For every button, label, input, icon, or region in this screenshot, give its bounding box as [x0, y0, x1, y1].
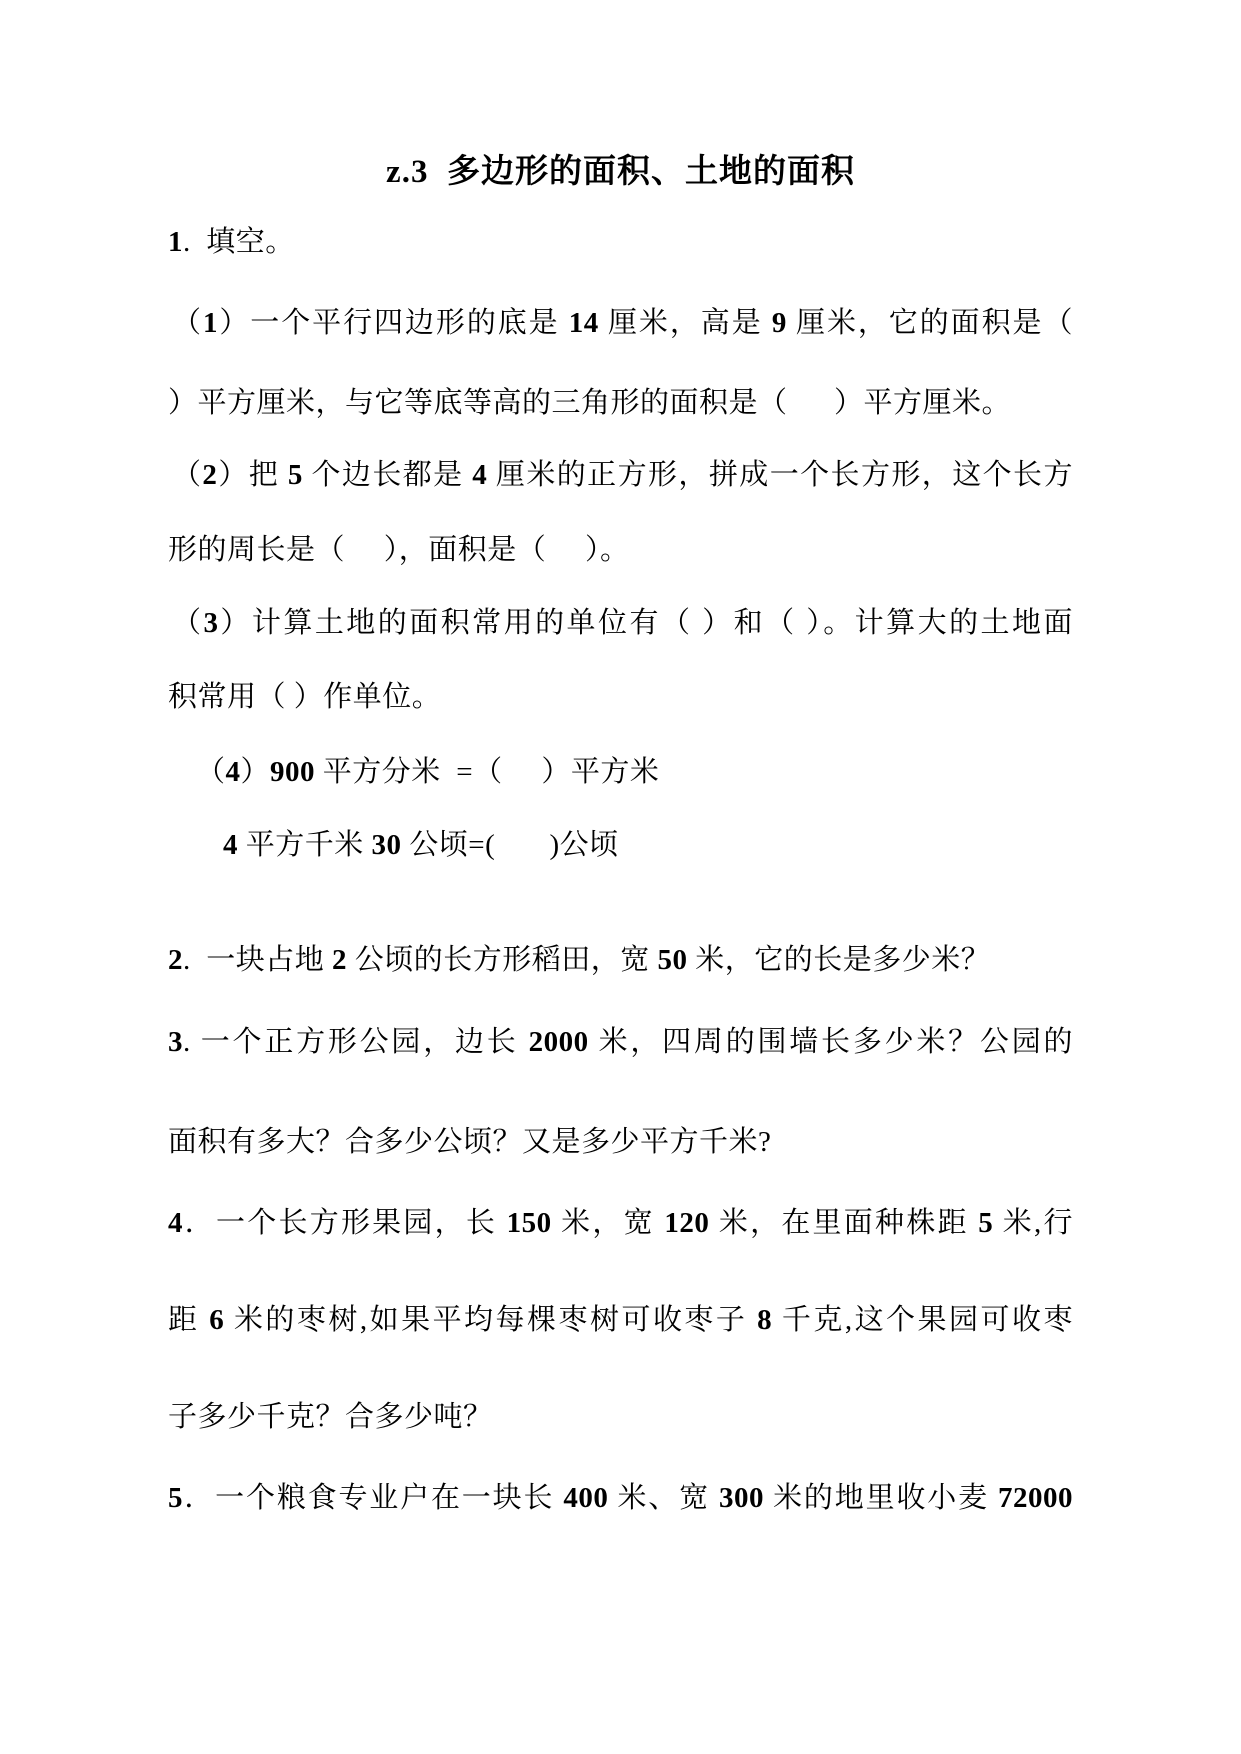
problem-4-line-2: 距 6 米的枣树,如果平均每棵枣树可收枣子 8 千克,这个果园可收枣	[168, 1300, 1073, 1340]
document-page: z.3 多边形的面积、土地的面积 1. 填空。 （1）一个平行四边形的底是 14…	[0, 0, 1241, 1754]
problem-4-line-1: 4．一个长方形果园，长 150 米，宽 120 米，在里面种株距 5 米,行	[168, 1203, 1073, 1243]
q1-4-line-2: 4 平方千米 30 公顷=( )公顷	[223, 825, 1073, 865]
problem-4-line-3: 子多少千克？合多少吨？	[168, 1397, 1073, 1437]
q1-4-line-1: （4）900 平方分米 =（ ）平方米	[196, 752, 1073, 792]
q1-2-line-1: （2）把 5 个边长都是 4 厘米的正方形，拼成一个长方形，这个长方	[172, 455, 1073, 495]
problem-3-line-1: 3. 一个正方形公园，边长 2000 米，四周的围墙长多少米？公园的	[168, 1022, 1073, 1062]
q1-3-line-2: 积常用（ ）作单位。	[168, 677, 1073, 717]
problem-3-line-2: 面积有多大？合多少公顷？又是多少平方千米?	[168, 1122, 1073, 1162]
problem-2: 2. 一块占地 2 公顷的长方形稻田，宽 50 米，它的长是多少米？	[168, 940, 1073, 980]
q1-1-line-2: ）平方厘米，与它等底等高的三角形的面积是（ ）平方厘米。	[168, 383, 1073, 423]
problem-5-line-1: 5．一个粮食专业户在一块长 400 米、宽 300 米的地里收小麦 72000	[168, 1478, 1073, 1518]
q1-3-line-1: （3）计算土地的面积常用的单位有（ ）和（ ）。计算大的土地面	[172, 603, 1073, 643]
q1-1-line-1: （1）一个平行四边形的底是 14 厘米，高是 9 厘米，它的面积是（	[172, 303, 1073, 343]
worksheet-title: z.3 多边形的面积、土地的面积	[168, 150, 1073, 194]
section-1-heading: 1. 填空。	[168, 222, 1073, 262]
q1-2-line-2: 形的周长是（ ），面积是（ ）。	[168, 530, 1073, 570]
